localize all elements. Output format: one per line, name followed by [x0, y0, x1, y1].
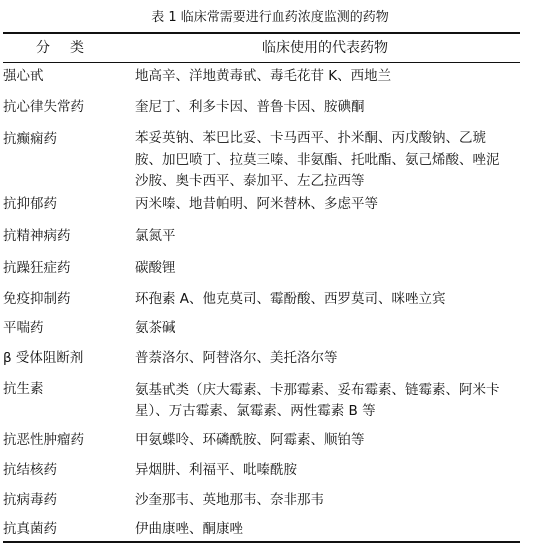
row-category: 抗真菌药: [3, 520, 57, 539]
row-drugs: 环孢素 A、他克莫司、霉酚酸、西罗莫司、咪唑立宾: [135, 290, 510, 309]
row-drugs: 氨茶碱: [135, 319, 510, 338]
row-category: 抗抑郁药: [3, 195, 57, 214]
row-category: 抗躁狂症药: [3, 259, 71, 278]
row-category: 强心甙: [3, 67, 44, 86]
header-drugs: 临床使用的代表药物: [262, 40, 388, 56]
row-drugs: 地高辛、洋地黄毒甙、毒毛花苷 K、西地兰: [135, 67, 510, 86]
row-drugs: 伊曲康唑、酮康唑: [135, 520, 510, 539]
row-category: 抗结核药: [3, 461, 57, 480]
row-drugs: 甲氨蝶呤、环磷酰胺、阿霉素、顺铂等: [135, 431, 510, 450]
row-category: 抗癫痫药: [3, 130, 57, 149]
row-drugs: 碳酸锂: [135, 259, 510, 278]
row-drugs: 丙米嗪、地昔帕明、阿米替林、多虑平等: [135, 195, 510, 214]
row-category: 抗病毒药: [3, 491, 57, 510]
row-category: 免疫抑制药: [3, 290, 71, 309]
row-drugs: 氨基甙类（庆大霉素、卡那霉素、妥布霉素、链霉素、阿米卡星）、万古霉素、氯霉素、两…: [135, 380, 510, 422]
row-drugs: 苯妥英钠、苯巴比妥、卡马西平、扑米酮、丙戊酸钠、乙琥胺、加巴喷丁、拉莫三嗪、非氨…: [135, 128, 510, 193]
row-drugs: 沙奎那韦、英地那韦、奈非那韦: [135, 491, 510, 510]
row-drugs: 异烟肼、利福平、吡嗪酰胺: [135, 461, 510, 480]
header-rule: [3, 62, 520, 63]
top-rule: [3, 32, 520, 34]
row-category: 抗心律失常药: [3, 98, 84, 117]
header-category: 分类: [36, 40, 104, 56]
row-category: 抗精神病药: [3, 227, 71, 246]
row-category: 平喘药: [3, 319, 44, 338]
row-category: β 受体阻断剂: [3, 349, 83, 368]
row-category: 抗恶性肿瘤药: [3, 431, 84, 450]
row-drugs: 奎尼丁、利多卡因、普鲁卡因、胺碘酮: [135, 98, 510, 117]
row-category: 抗生素: [3, 380, 44, 399]
row-drugs: 氯氮平: [135, 227, 510, 246]
bottom-rule: [3, 541, 520, 543]
row-drugs: 普萘洛尔、阿替洛尔、美托洛尔等: [135, 349, 510, 368]
table-title: 表 1 临床常需要进行血药浓度监测的药物: [0, 10, 540, 26]
